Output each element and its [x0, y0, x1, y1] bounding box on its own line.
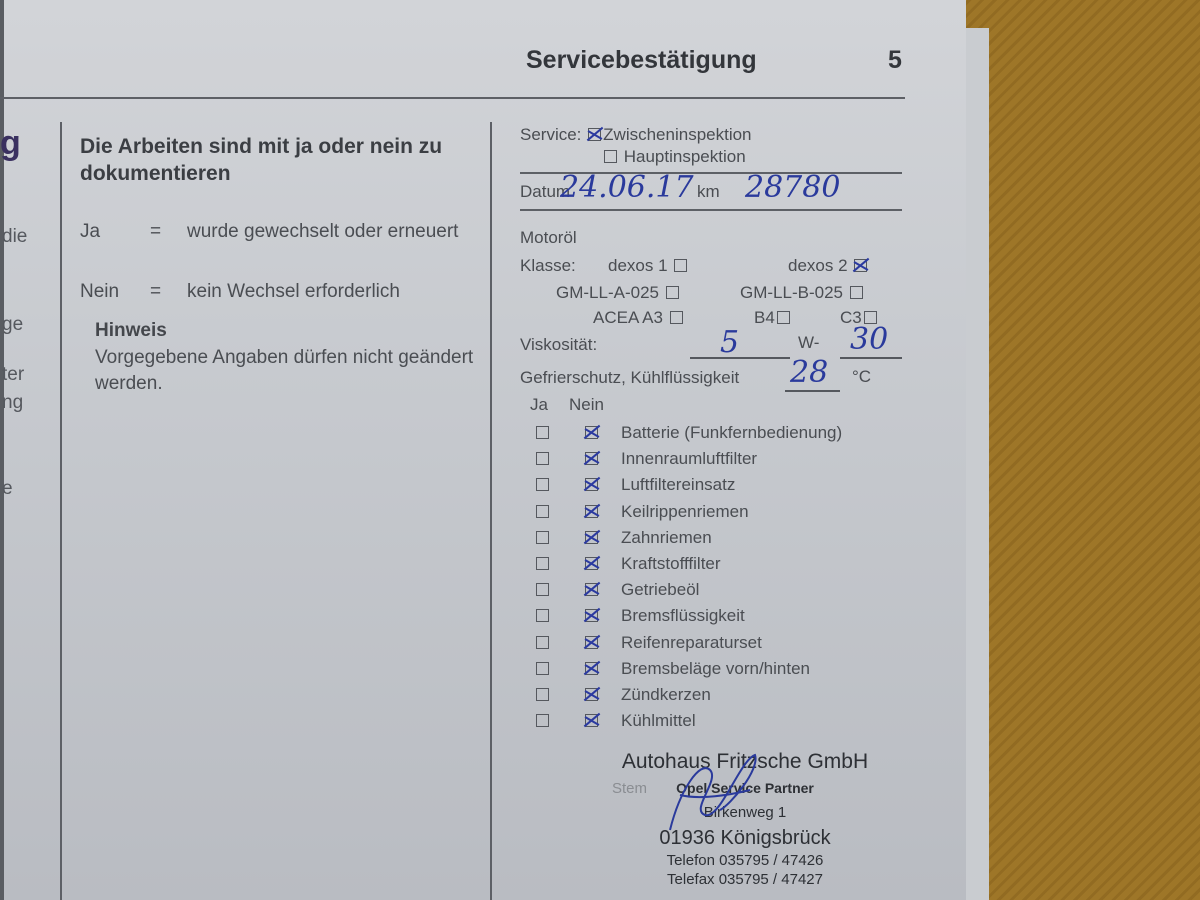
oil-class-dexos1: dexos 1	[608, 256, 689, 276]
checkbox-ja[interactable]	[536, 609, 549, 622]
service-label: Service:	[520, 125, 581, 144]
checkbox-nein[interactable]	[585, 478, 598, 491]
checklist-row: Innenraumluftfilter	[520, 449, 910, 471]
checklist-item-label: Bremsbeläge vorn/hinten	[621, 659, 810, 679]
oil-class-label: dexos 2	[788, 256, 848, 275]
km-label: km	[697, 182, 720, 202]
checkbox-ja[interactable]	[536, 583, 549, 596]
checkbox-ja[interactable]	[536, 478, 549, 491]
oil-class-label: GM-LL-A-025	[556, 283, 659, 302]
oil-class-gm-ll-b: GM-LL-B-025	[740, 283, 865, 303]
checklist-row: Zündkerzen	[520, 685, 910, 707]
legend-nein: Nein = kein Wechsel erforderlich	[80, 279, 480, 305]
service-type-row: Service: Zwischeninspektion	[520, 125, 752, 145]
dealer-telefax: Telefax 035795 / 47427	[580, 871, 910, 888]
legend-equals: =	[150, 279, 161, 305]
note-text: Vorgegebene Angaben dürfen nicht geänder…	[95, 345, 485, 397]
oil-class-acea-a3: ACEA A3	[593, 308, 685, 328]
checkbox-ja[interactable]	[536, 557, 549, 570]
dealer-telefon: Telefon 035795 / 47426	[580, 852, 910, 869]
checkbox-hauptinspektion[interactable]	[604, 150, 617, 163]
antifreeze-value[interactable]: 28	[790, 355, 828, 390]
checklist-item-label: Bremsflüssigkeit	[621, 606, 745, 626]
checkbox-ja[interactable]	[536, 662, 549, 675]
legend-equals: =	[150, 219, 161, 245]
checkbox-nein[interactable]	[585, 583, 598, 596]
col-header-ja: Ja	[530, 395, 548, 415]
instructions-section: Die Arbeiten sind mit ja oder nein zu do…	[80, 133, 480, 187]
checkbox-ja[interactable]	[536, 688, 549, 701]
viscosity-high-line	[840, 357, 902, 359]
checkbox-ja[interactable]	[536, 714, 549, 727]
checkbox-ja[interactable]	[536, 452, 549, 465]
checklist-row: Bremsflüssigkeit	[520, 606, 910, 628]
date-value[interactable]: 24.06.17	[560, 170, 694, 205]
legend-key: Nein	[80, 279, 140, 305]
checkbox-gm-ll-a-025[interactable]	[666, 286, 679, 299]
checkbox-ja[interactable]	[536, 636, 549, 649]
checkbox-ja[interactable]	[536, 505, 549, 518]
oil-class-b4: B4	[754, 308, 792, 328]
checkbox-nein[interactable]	[585, 426, 598, 439]
checkbox-nein[interactable]	[585, 688, 598, 701]
oil-class-label: B4	[754, 308, 775, 327]
checklist-item-label: Kraftstofffilter	[621, 554, 721, 574]
checklist-row: Bremsbeläge vorn/hinten	[520, 659, 910, 681]
legend-value: kein Wechsel erforderlich	[187, 279, 487, 305]
column-divider-left	[60, 122, 62, 900]
legend-value: wurde gewechselt oder erneuert	[187, 219, 487, 245]
motoroel-heading: Motoröl	[520, 228, 577, 248]
checkbox-zwischeninspektion[interactable]	[588, 128, 601, 141]
checkbox-nein[interactable]	[585, 609, 598, 622]
viscosity-label: Viskosität:	[520, 335, 597, 355]
form-rule	[520, 209, 902, 211]
checklist-row: Kühlmittel	[520, 711, 910, 733]
checklist-item-label: Luftfiltereinsatz	[621, 475, 735, 495]
checkbox-nein[interactable]	[585, 714, 598, 727]
checkbox-nein[interactable]	[585, 662, 598, 675]
col-header-nein: Nein	[569, 395, 604, 415]
prev-column-fragment: e	[2, 478, 13, 500]
checklist-row: Keilrippenriemen	[520, 502, 910, 524]
antifreeze-line	[785, 390, 840, 392]
prev-column-fragment: die	[2, 226, 27, 248]
viscosity-high-value[interactable]: 30	[850, 322, 888, 357]
km-value[interactable]: 28780	[745, 170, 840, 205]
checkbox-nein[interactable]	[585, 531, 598, 544]
oil-class-label: GM-LL-B-025	[740, 283, 843, 302]
prev-column-fragment: ge	[2, 314, 23, 336]
checklist-row: Zahnriemen	[520, 528, 910, 550]
checkbox-ja[interactable]	[536, 531, 549, 544]
checkbox-b4[interactable]	[777, 311, 790, 324]
checkbox-nein[interactable]	[585, 505, 598, 518]
checklist-item-label: Getriebeöl	[621, 580, 699, 600]
service-option-row: Hauptinspektion	[602, 147, 746, 167]
legend-key: Ja	[80, 219, 140, 245]
checklist-item-label: Reifenreparaturset	[621, 633, 762, 653]
option-label: Zwischeninspektion	[603, 125, 751, 144]
viscosity-separator: W-	[798, 333, 819, 353]
note-title: Hinweis	[95, 320, 167, 342]
oil-class-gm-ll-a: GM-LL-A-025	[556, 283, 681, 303]
instructions-heading: Die Arbeiten sind mit ja oder nein zu do…	[80, 133, 480, 187]
viscosity-low-value[interactable]: 5	[720, 325, 739, 360]
checklist-row: Kraftstofffilter	[520, 554, 910, 576]
checkbox-acea-a3[interactable]	[670, 311, 683, 324]
klasse-label: Klasse:	[520, 256, 576, 276]
legend-ja: Ja = wurde gewechselt oder erneuert	[80, 219, 480, 271]
checkbox-nein[interactable]	[585, 452, 598, 465]
prev-column-fragment: ng	[2, 392, 23, 414]
checklist-item-label: Batterie (Funkfernbedienung)	[621, 423, 842, 443]
viscosity-low-line	[690, 357, 790, 359]
prev-column-fragment: ter	[2, 364, 24, 386]
checklist-row: Reifenreparaturset	[520, 633, 910, 655]
checklist-row: Getriebeöl	[520, 580, 910, 602]
checklist-item-label: Innenraumluftfilter	[621, 449, 757, 469]
checkbox-nein[interactable]	[585, 557, 598, 570]
checkbox-ja[interactable]	[536, 426, 549, 439]
oil-class-label: dexos 1	[608, 256, 668, 275]
checkbox-nein[interactable]	[585, 636, 598, 649]
column-divider-right	[490, 122, 492, 900]
signature-icon	[650, 750, 770, 840]
antifreeze-unit: °C	[852, 367, 871, 387]
checkbox-gm-ll-b-025[interactable]	[850, 286, 863, 299]
checklist-row: Luftfiltereinsatz	[520, 475, 910, 497]
prev-column-fragment: g	[0, 124, 21, 163]
checklist-item-label: Kühlmittel	[621, 711, 696, 731]
stamp-label: Stem	[612, 780, 647, 797]
checklist-row: Batterie (Funkfernbedienung)	[520, 423, 910, 445]
option-label: Hauptinspektion	[624, 147, 746, 166]
oil-class-label: ACEA A3	[593, 308, 663, 327]
checklist-item-label: Zündkerzen	[621, 685, 711, 705]
checklist-item-label: Zahnriemen	[621, 528, 712, 548]
oil-class-dexos2: dexos 2	[788, 256, 869, 276]
checkbox-dexos2[interactable]	[854, 259, 867, 272]
antifreeze-label: Gefrierschutz, Kühlflüssigkeit	[520, 368, 739, 388]
checkbox-dexos1[interactable]	[674, 259, 687, 272]
checklist-item-label: Keilrippenriemen	[621, 502, 749, 522]
service-booklet-page: Servicebestätigung 5 g die ge ter ng e D…	[0, 0, 966, 900]
